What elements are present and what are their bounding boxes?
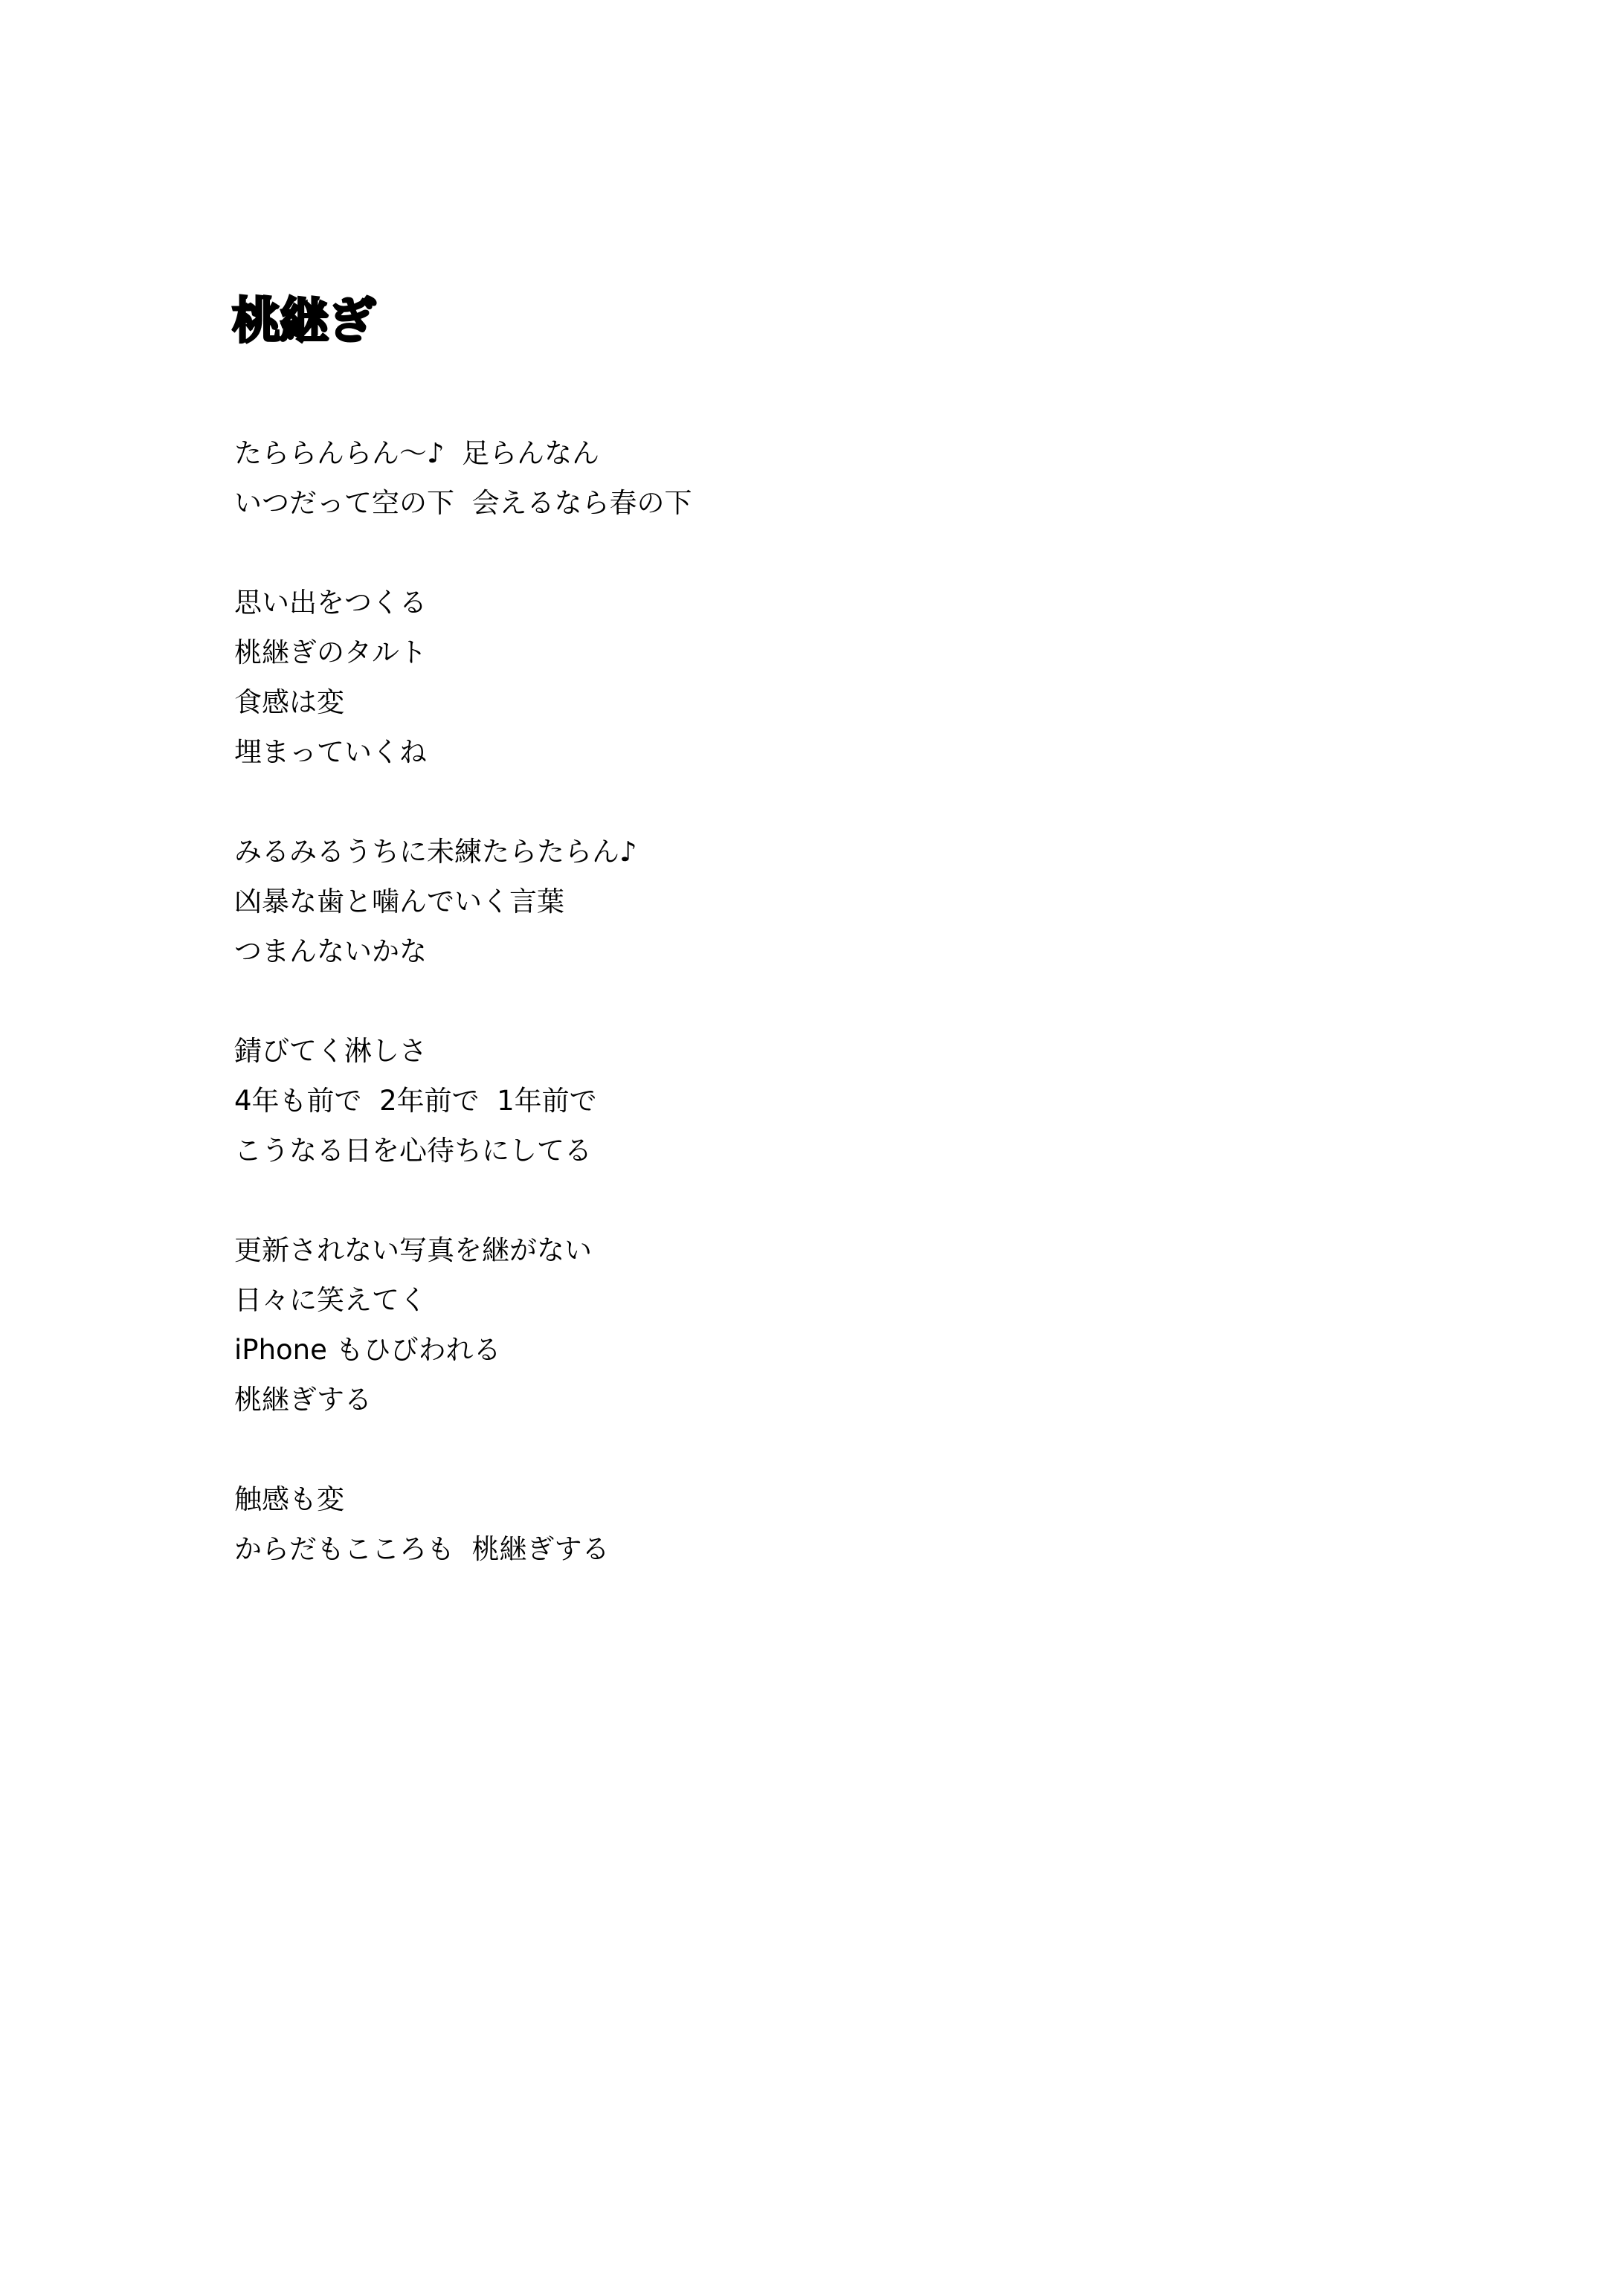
document-page: 桃継ぎ たららんらん〜♪ 足らんなん いつだって空の下 会えるなら春の下 思い出… bbox=[0, 0, 1624, 2296]
stanza-spacer bbox=[234, 1425, 1424, 1474]
stanza-6: 触感も変 からだもこころも 桃継ぎする bbox=[234, 1474, 1424, 1574]
lyric-line: こうなる日を心待ちにしてる bbox=[234, 1126, 1424, 1176]
lyric-line: たららんらん〜♪ 足らんなん bbox=[234, 428, 1424, 478]
document-title: 桃継ぎ bbox=[232, 291, 375, 351]
lyric-line: 更新されない写真を継がない bbox=[234, 1225, 1424, 1275]
lyric-line: 埋まっていくね bbox=[234, 727, 1424, 777]
stanza-2: 思い出をつくる 桃継ぎのタルト 食感は変 埋まっていくね bbox=[234, 578, 1424, 777]
lyric-line: 桃継ぎのタルト bbox=[234, 628, 1424, 677]
stanza-spacer bbox=[234, 777, 1424, 827]
stanza-1: たららんらん〜♪ 足らんなん いつだって空の下 会えるなら春の下 bbox=[234, 428, 1424, 528]
lyric-line: 触感も変 bbox=[234, 1474, 1424, 1524]
lyric-line: 思い出をつくる bbox=[234, 578, 1424, 628]
stanza-3: みるみるうちに未練たらたらん♪ 凶暴な歯と噛んでいく言葉 つまんないかな bbox=[234, 827, 1424, 976]
stanza-spacer bbox=[234, 1176, 1424, 1225]
stanza-5: 更新されない写真を継がない 日々に笑えてく iPhone もひびわれる 桃継ぎす… bbox=[234, 1225, 1424, 1425]
lyric-line: みるみるうちに未練たらたらん♪ bbox=[234, 827, 1424, 877]
lyric-line: 食感は変 bbox=[234, 677, 1424, 727]
stanza-4: 錆びてく淋しさ 4年も前で 2年前で 1年前で こうなる日を心待ちにしてる bbox=[234, 1026, 1424, 1176]
lyric-line: 錆びてく淋しさ bbox=[234, 1026, 1424, 1076]
lyric-line: iPhone もひびわれる bbox=[234, 1325, 1424, 1375]
lyric-line: いつだって空の下 会えるなら春の下 bbox=[234, 478, 1424, 528]
lyric-line: からだもこころも 桃継ぎする bbox=[234, 1524, 1424, 1574]
lyric-line: 凶暴な歯と噛んでいく言葉 bbox=[234, 877, 1424, 926]
lyric-line: 日々に笑えてく bbox=[234, 1275, 1424, 1325]
lyric-line: 4年も前で 2年前で 1年前で bbox=[234, 1076, 1424, 1126]
lyric-line: 桃継ぎする bbox=[234, 1375, 1424, 1425]
stanza-spacer bbox=[234, 528, 1424, 578]
stanza-spacer bbox=[234, 976, 1424, 1026]
lyric-line: つまんないかな bbox=[234, 926, 1424, 976]
lyrics-body: たららんらん〜♪ 足らんなん いつだって空の下 会えるなら春の下 思い出をつくる… bbox=[234, 428, 1424, 1574]
